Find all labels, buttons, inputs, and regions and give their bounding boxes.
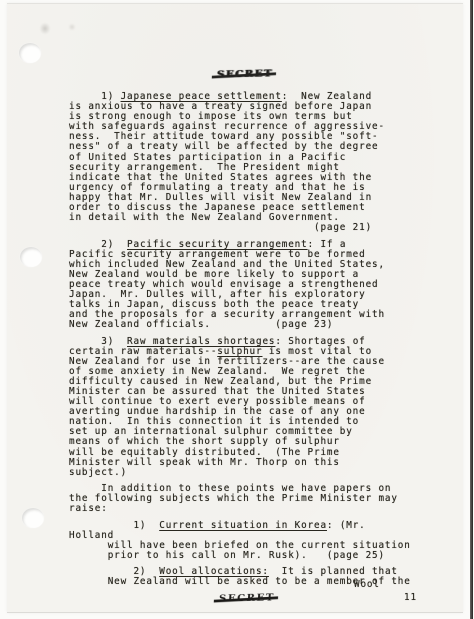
punch-hole-top (19, 43, 41, 63)
scanner-edge-shadow (470, 0, 473, 619)
page-number: 11 (404, 592, 417, 603)
punch-hole-middle (20, 247, 42, 267)
scanned-document: SECRET 1) Japanese peace settlement: New… (0, 0, 474, 619)
punch-hole-bottom (22, 508, 44, 528)
paragraph-raw-materials-shortages: 3) Raw materials shortages: Shortages of… (69, 337, 414, 478)
paragraph-japanese-peace-settlement: 1) Japanese peace settlement: New Zealan… (69, 92, 414, 233)
paper-sheet: SECRET 1) Japanese peace settlement: New… (7, 3, 463, 613)
secret-stamp-top-struck-through: SECRET (217, 69, 274, 80)
pencil-smudge (39, 22, 51, 35)
catchword-wool: Wool (354, 579, 380, 590)
paragraph-additional-points-intro: In addition to these points we have pape… (69, 484, 414, 514)
secret-stamp-bottom-struck-through: SECRET (219, 593, 276, 604)
paragraph-current-situation-korea: 1) Current situation in Korea: (Mr. Holl… (69, 521, 414, 561)
paragraph-pacific-security-arrangement: 2) Pacific security arrangement: If a Pa… (69, 240, 414, 331)
typewritten-text-block: 1) Japanese peace settlement: New Zealan… (69, 92, 414, 587)
pencil-smudge (68, 23, 76, 31)
